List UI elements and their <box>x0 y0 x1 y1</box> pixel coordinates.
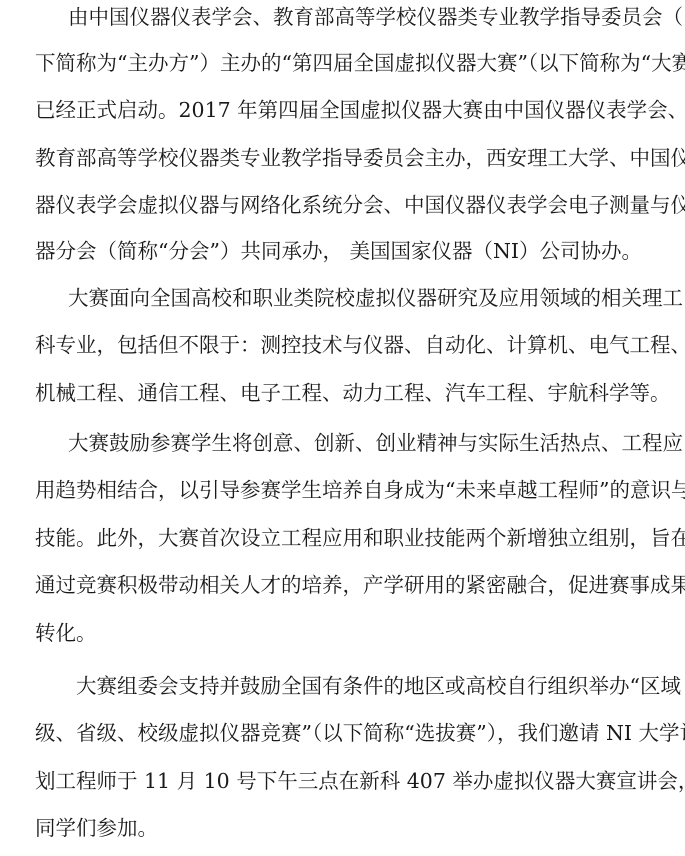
text-line: 大赛组委会支持并鼓励全国有条件的地区或高校自行组织举办“区域 <box>76 671 671 701</box>
text-line: 转化。 <box>35 618 671 648</box>
text-line: 教育部高等学校仪器类专业教学指导委员会主办，西安理工大学、中国仪 <box>35 143 671 173</box>
text-line: 器仪表学会虚拟仪器与网络化系统分会、中国仪器仪表学会电子测量与仪 <box>35 190 671 220</box>
text-line: 通过竞赛积极带动相关人才的培养，产学研用的紧密融合，促进赛事成果 <box>35 570 671 600</box>
text-line: 器分会（简称“分会”）共同承办， 美国国家仪器（NI）公司协办。 <box>35 236 671 266</box>
text-line: 技能。此外，大赛首次设立工程应用和职业技能两个新增独立组别，旨在 <box>35 523 671 553</box>
text-line: 已经正式启动。2017 年第四届全国虚拟仪器大赛由中国仪器仪表学会、 <box>35 95 671 125</box>
text-line: 机械工程、通信工程、电子工程、动力工程、汽车工程、宇航科学等。 <box>35 378 671 408</box>
document-page: 由中国仪器仪表学会、教育部高等学校仪器类专业教学指导委员会（以 下简称为“主办方… <box>0 0 685 856</box>
text-line: 用趋势相结合，以引导参赛学生培养自身成为“未来卓越工程师”的意识与 <box>35 475 671 505</box>
text-line: 级、省级、校级虚拟仪器竞赛”（以下简称“选拔赛”），我们邀请 NI 大学计 <box>35 718 671 748</box>
text-line: 大赛鼓励参赛学生将创意、创新、创业精神与实际生活热点、工程应 <box>68 428 671 458</box>
text-line: 同学们参加。 <box>35 813 671 843</box>
text-line: 大赛面向全国高校和职业类院校虚拟仪器研究及应用领域的相关理工 <box>68 283 671 313</box>
text-line: 由中国仪器仪表学会、教育部高等学校仪器类专业教学指导委员会（以 <box>68 2 671 32</box>
text-line: 科专业，包括但不限于：测控技术与仪器、自动化、计算机、电气工程、 <box>35 330 671 360</box>
text-line: 划工程师于 11 月 10 号下午三点在新科 407 举办虚拟仪器大赛宣讲会，望 <box>35 766 671 796</box>
text-line: 下简称为“主办方”）主办的“第四届全国虚拟仪器大赛”（以下简称为“大赛”） <box>35 48 671 78</box>
